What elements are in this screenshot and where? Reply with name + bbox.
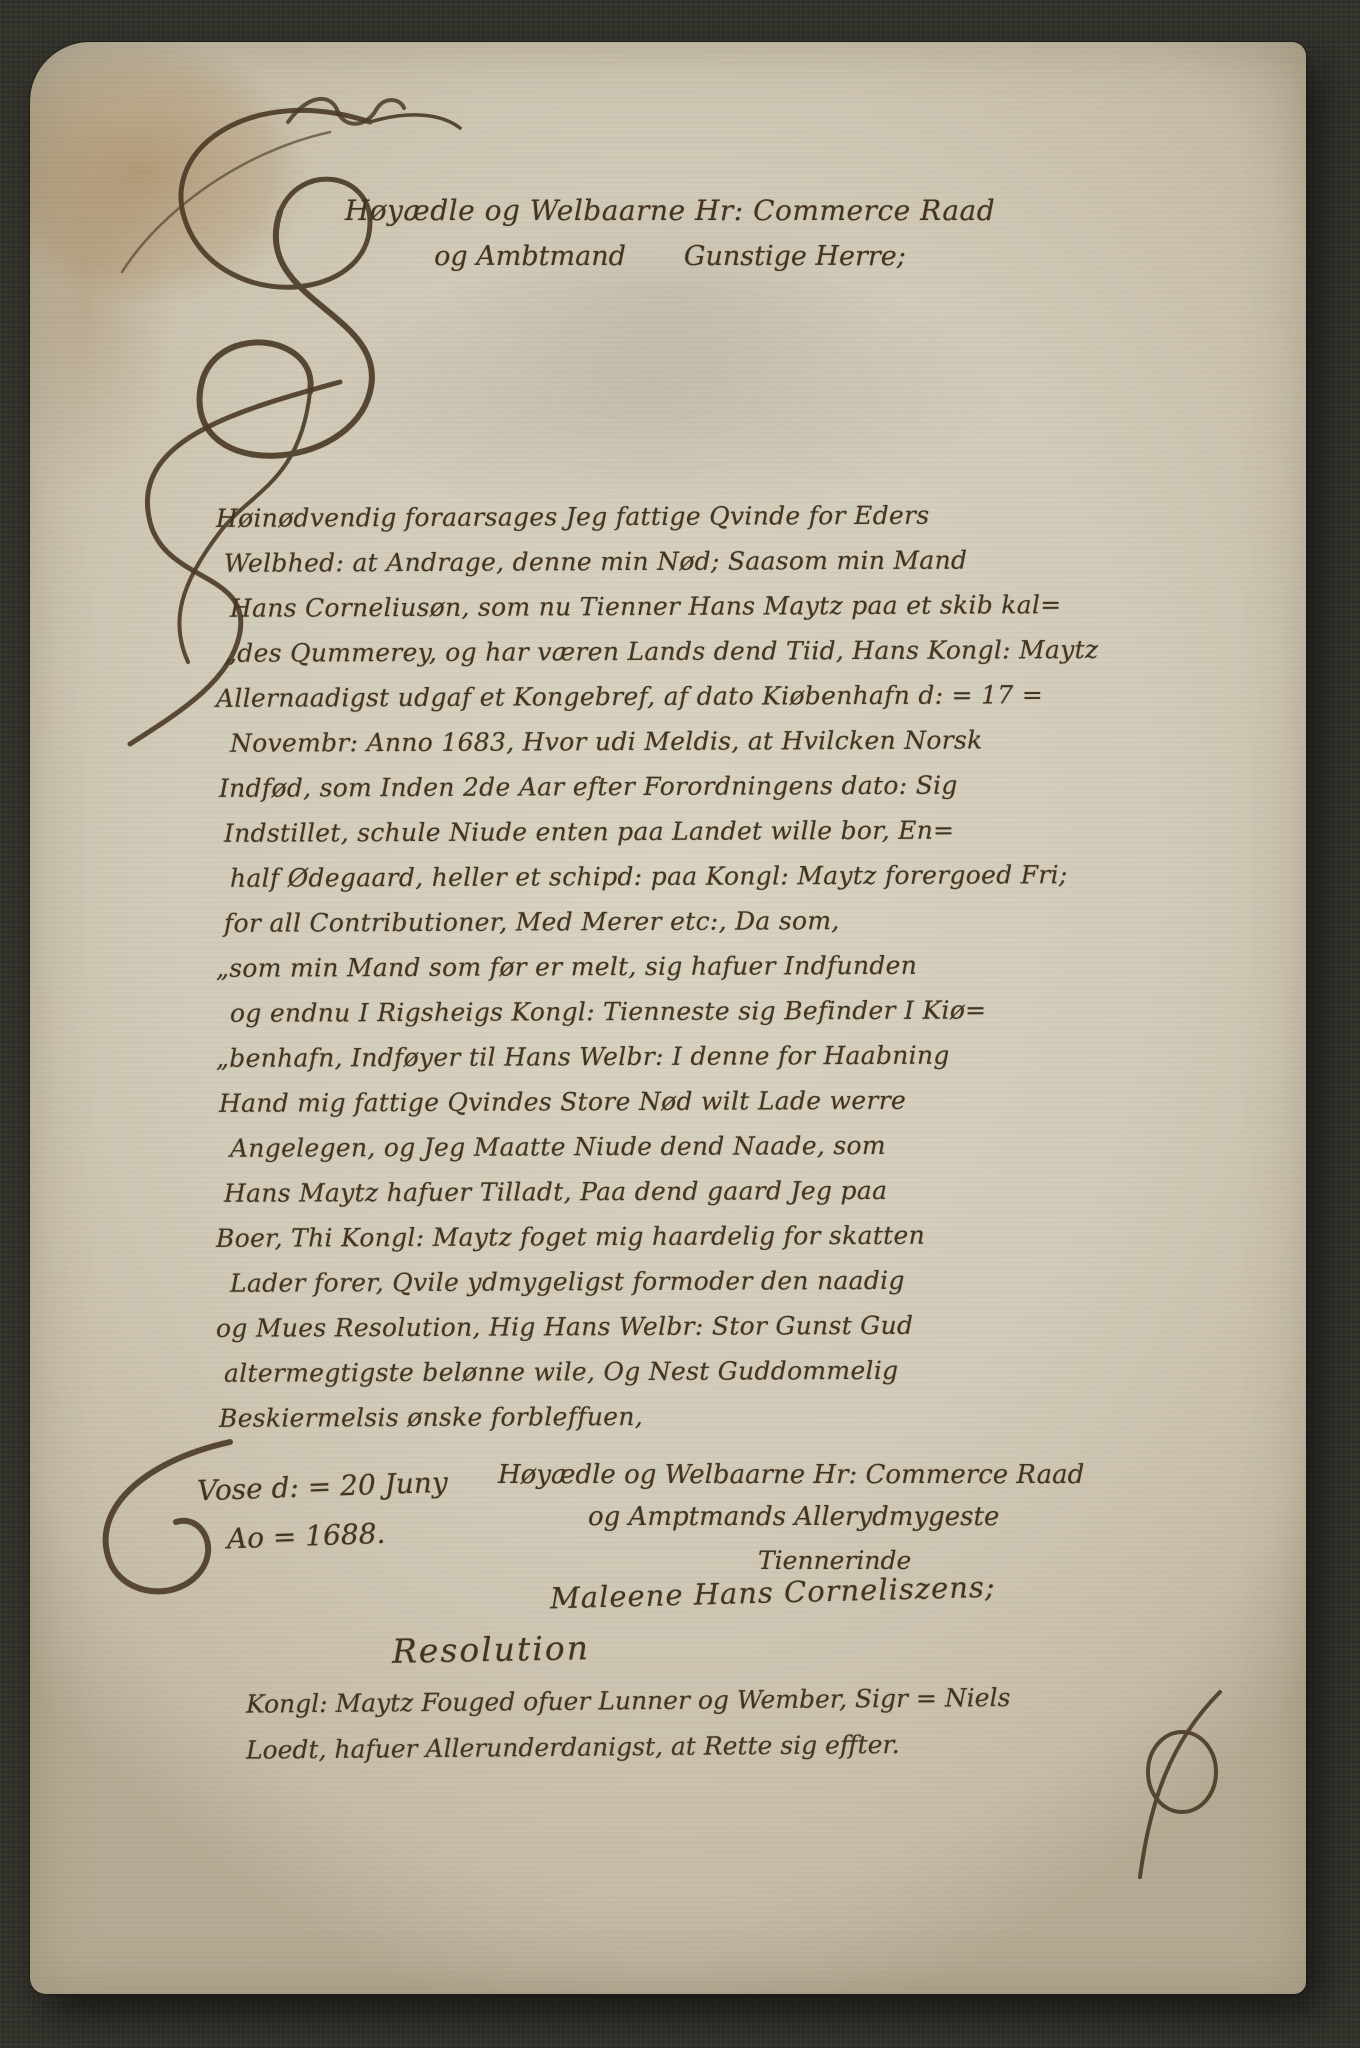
body-line: Hand mig fattige Qvindes Store Nød wilt … xyxy=(216,1077,1056,1126)
body-line: Welbhed: at Andrage, denne min Nød; Saas… xyxy=(216,537,1056,586)
body-line: Høinødvendig foraarsages Jeg fattige Qvi… xyxy=(216,492,1056,541)
closing-line: Høyædle og Welbaarne Hr: Commerce Raad xyxy=(498,1460,1098,1490)
body-line: Allernaadigst udgaf et Kongebref, af dat… xyxy=(216,672,1056,721)
ink-bleed-through xyxy=(290,262,1010,522)
salutation-line: og AmbtmandGunstige Herre; xyxy=(330,241,1010,272)
salutation-part: Gunstige Herre; xyxy=(684,241,906,272)
body-line: Beskiermelsis ønske forbleffuen, xyxy=(216,1392,1056,1441)
salutation-line: Høyædle og Welbaarne Hr: Commerce Raad xyxy=(330,194,1010,227)
resolution-block: Kongl: Maytz Fouged ofuer Lunner og Wemb… xyxy=(246,1678,1076,1770)
body-line: Boer, Thi Kongl: Maytz foget mig haardel… xyxy=(216,1212,1056,1261)
body-line: „som min Mand som før er melt, sig hafue… xyxy=(216,942,1056,991)
closing-line: og Amptmands Allerydmygeste xyxy=(498,1502,1098,1532)
body-line: for all Contributioner, Med Merer etc:, … xyxy=(216,897,1056,946)
resolution-line: Kongl: Maytz Fouged ofuer Lunner og Wemb… xyxy=(246,1674,1076,1727)
salutation-part: og Ambtmand xyxy=(434,241,626,272)
paraph-flourish xyxy=(1110,1682,1250,1892)
body-line: altermegtigste belønne wile, Og Nest Gud… xyxy=(216,1347,1056,1396)
body-line: Novembr: Anno 1683, Hvor udi Meldis, at … xyxy=(216,717,1056,766)
body-line: Hans Corneliusøn, som nu Tienner Hans Ma… xyxy=(216,582,1056,631)
body-line: og endnu I Rigsheigs Kongl: Tienneste si… xyxy=(216,987,1056,1036)
dateline-year: Ao = 1688. xyxy=(198,1515,450,1557)
body-line: og Mues Resolution, Hig Hans Welbr: Stor… xyxy=(216,1302,1056,1351)
scanned-manuscript-photo: { "document_type": "handwritten-letter-s… xyxy=(0,0,1360,2048)
dateline-block: Vose d: = 20 Juny Ao = 1688. xyxy=(197,1466,450,1557)
closing-block: Høyædle og Welbaarne Hr: Commerce Raad o… xyxy=(498,1460,1098,1575)
salutation-block: Høyædle og Welbaarne Hr: Commerce Raad o… xyxy=(330,194,1010,272)
body-line: Indfød, som Inden 2de Aar efter Forordni… xyxy=(216,762,1056,811)
body-line: „benhafn, Indføyer til Hans Welbr: I den… xyxy=(216,1032,1056,1081)
resolution-title: Resolution xyxy=(392,1628,591,1670)
resolution-line: Loedt, hafuer Allerunderdanigst, at Rett… xyxy=(246,1720,1076,1773)
pen-squiggle xyxy=(280,82,410,142)
body-line: half Ødegaard, heller et schipd: paa Kon… xyxy=(216,852,1056,901)
body-line: Lader forer, Qvile ydmygeligst formoder … xyxy=(216,1257,1056,1306)
body-line: Hans Maytz hafuer Tilladt, Paa dend gaar… xyxy=(216,1167,1056,1216)
manuscript-page: Høyædle og Welbaarne Hr: Commerce Raad o… xyxy=(30,42,1306,1994)
letter-body: Høinødvendig foraarsages Jeg fattige Qvi… xyxy=(216,494,1056,1439)
body-line: Angelegen, og Jeg Maatte Niude dend Naad… xyxy=(216,1122,1056,1171)
body-line: Indstillet, schule Niude enten paa Lande… xyxy=(216,807,1056,856)
body-line: „des Qummerey, og har væren Lands dend T… xyxy=(216,627,1056,676)
dateline-place-date: Vose d: = 20 Juny xyxy=(197,1466,449,1508)
